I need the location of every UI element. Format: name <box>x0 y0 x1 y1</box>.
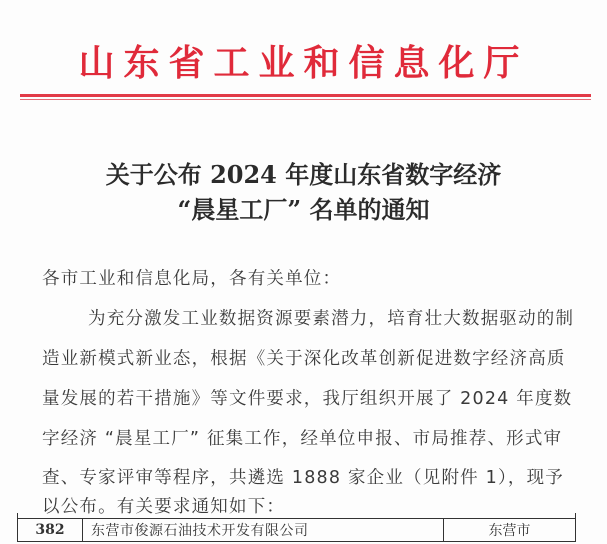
paragraph-line: 量发展的若干措施》等文件要求，我厅组织开展了 2024 年度数 <box>42 388 602 410</box>
letterhead-rule-thin <box>20 99 591 100</box>
salutation: 各市工业和信息化局，各有关单位： <box>42 268 602 290</box>
paragraph-line: 字经济 “晨星工厂” 征集工作，经单位申报、市局推荐、形式审 <box>42 428 602 450</box>
letterhead-rule-thick <box>20 94 591 97</box>
document-title-line-2: “晨星工厂” 名单的通知 <box>0 195 607 225</box>
table-cell-number: 382 <box>18 519 83 541</box>
document-title-line-1: 关于公布 2024 年度山东省数字经济 <box>0 160 607 190</box>
paragraph-line: 为充分激发工业数据资源要素潜力，培育壮大数据驱动的制 <box>88 308 607 330</box>
letterhead-title: 山东省工业和信息化厅 <box>0 40 607 86</box>
paragraph-line: 查、专家评审等程序，共遴选 1888 家企业（见附件 1），现予 <box>42 467 602 489</box>
table-cell-company: 东营市俊源石油技术开发有限公司 <box>83 519 444 541</box>
company-table: 382 东营市俊源石油技术开发有限公司 东营市 <box>17 518 576 542</box>
paragraph-line: 造业新模式新业态，根据《关于深化改革创新促进数字经济高质 <box>42 348 602 370</box>
table-cell-city: 东营市 <box>444 519 575 541</box>
